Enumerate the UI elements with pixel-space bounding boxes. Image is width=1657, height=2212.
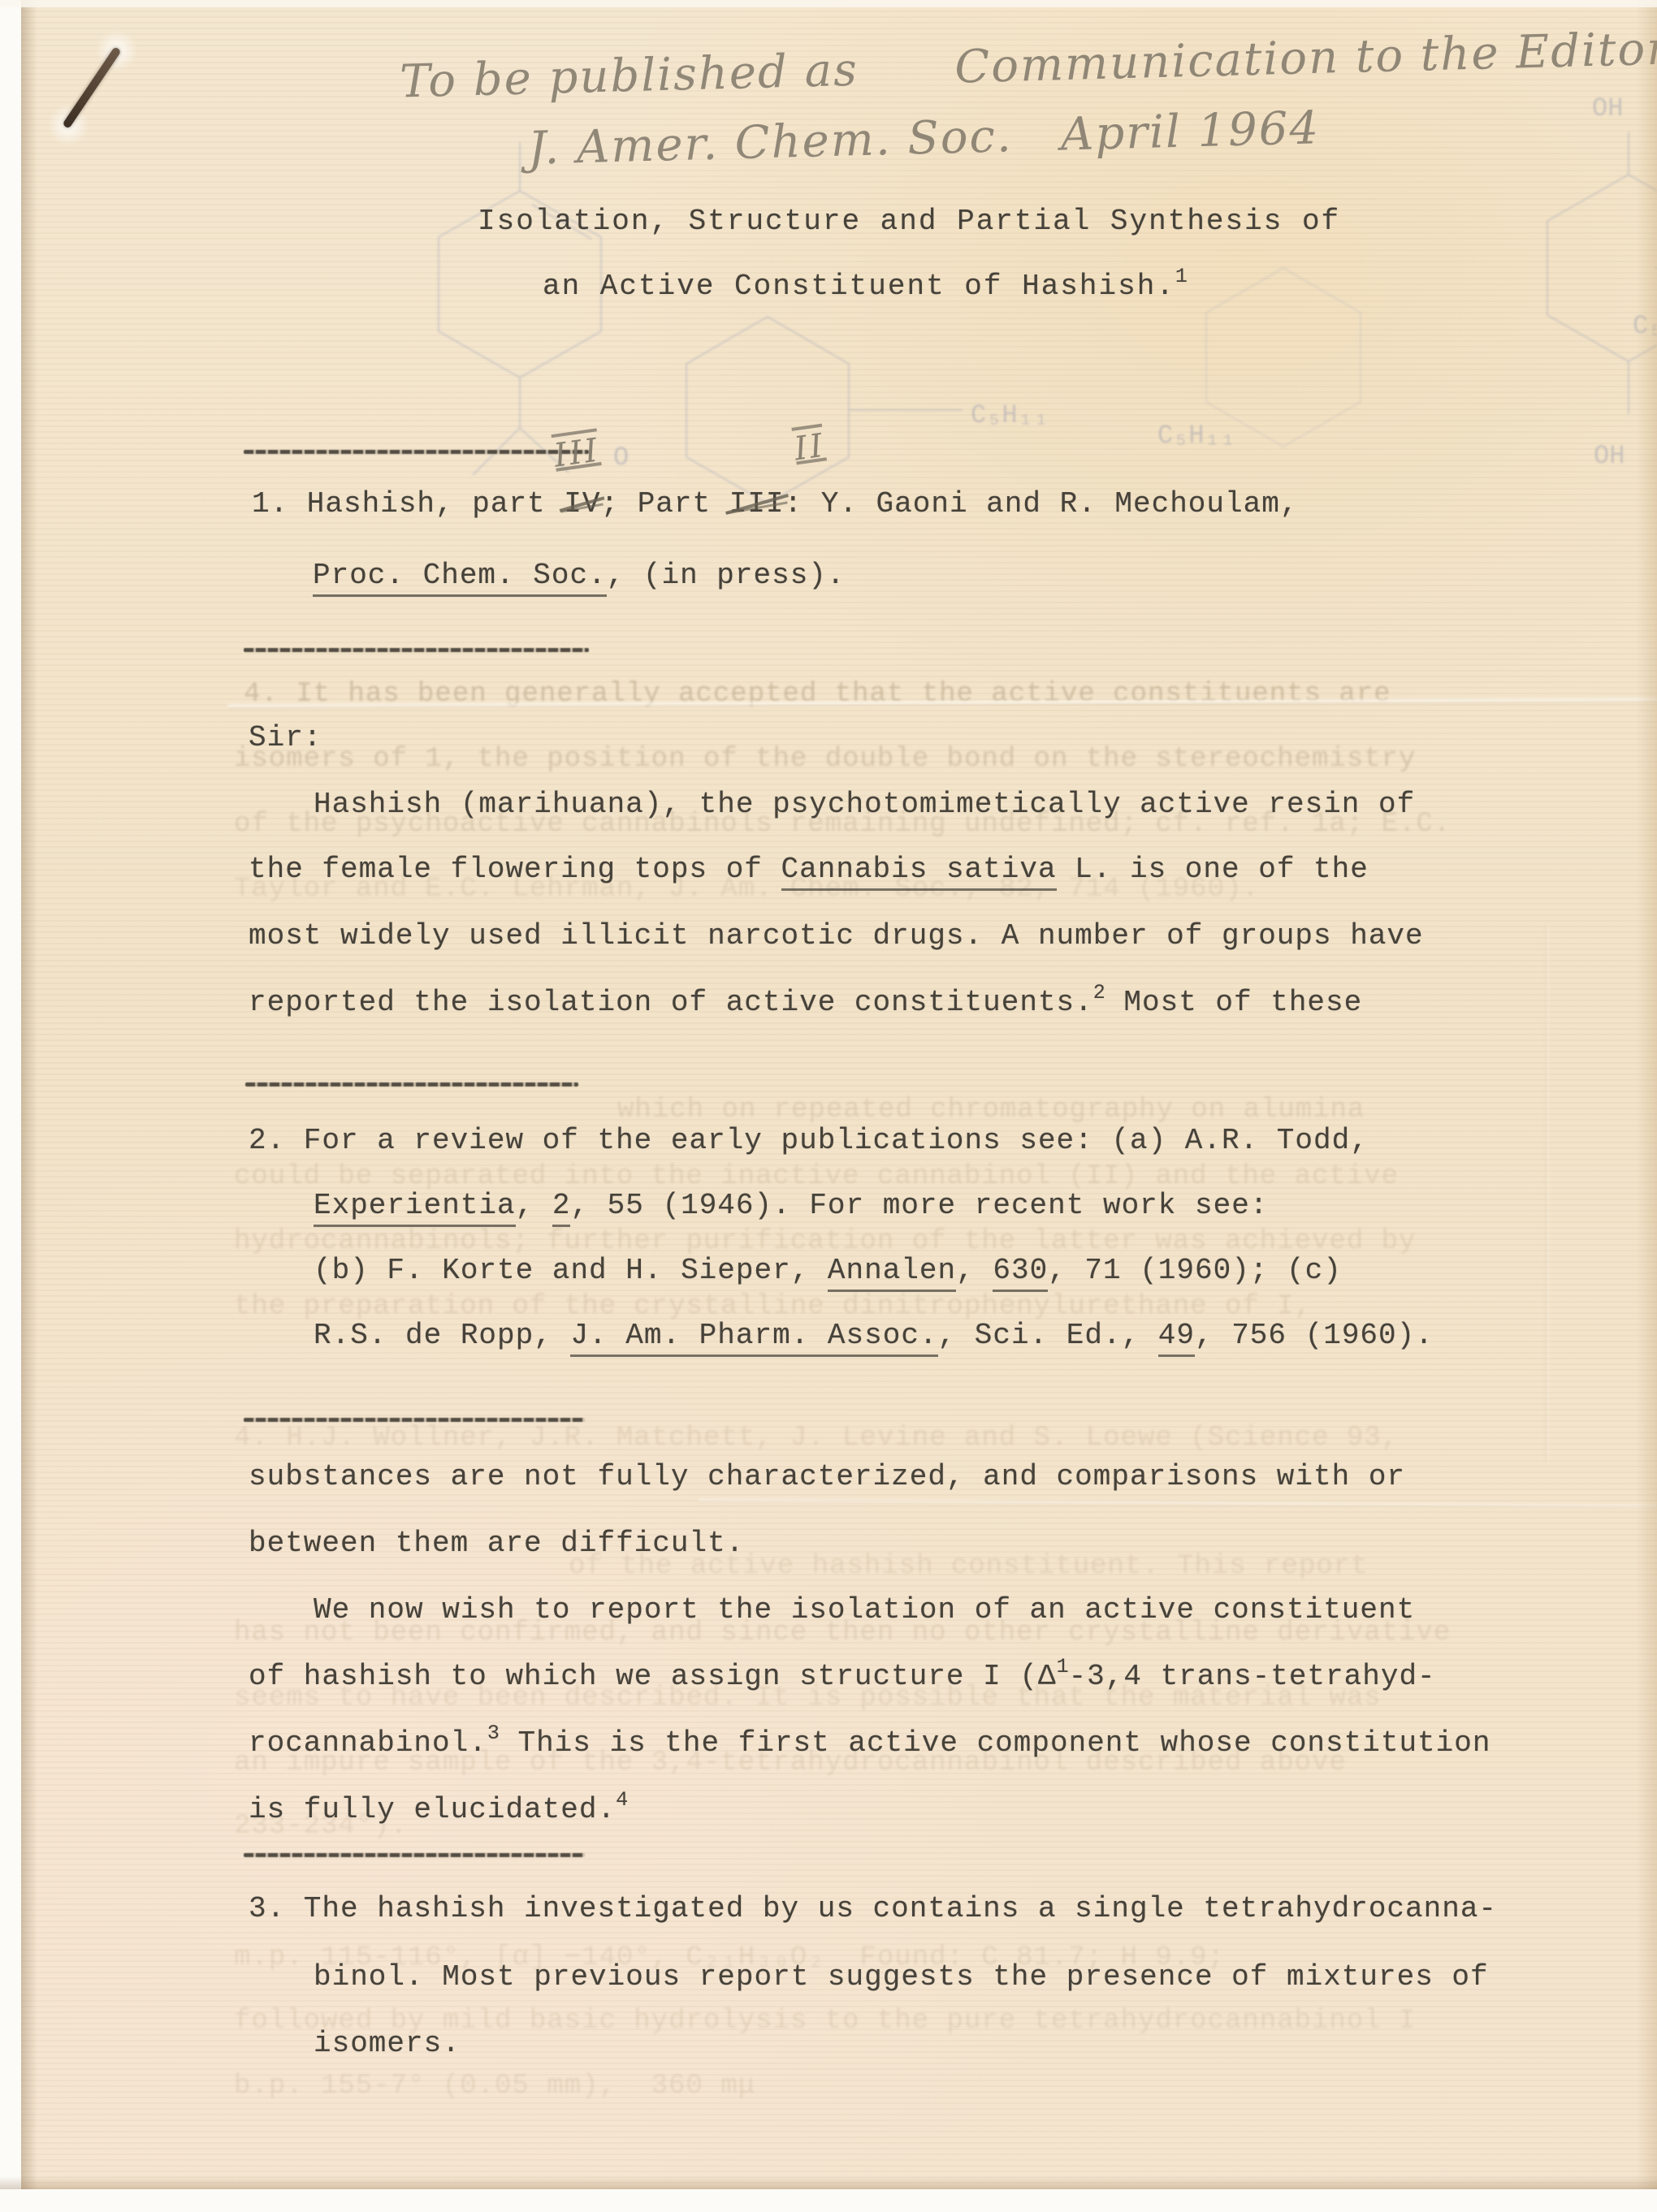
underlined-volume: 630 — [993, 1254, 1048, 1292]
scanned-manuscript-page: O C₅H₁₁ C₅H₁₁ OH OH C₅H₁₁ 4. It has been… — [0, 0, 1657, 2212]
text-segment: R.S. de Ropp, — [314, 1319, 570, 1352]
text-segment: , 55 (1946). For more recent work see: — [570, 1189, 1268, 1222]
footnote-reference: 4 — [616, 1788, 628, 1812]
text-segment: rocannabinol. — [249, 1726, 487, 1760]
ghost-text-line: which on repeated chromatography on alum… — [617, 1095, 1365, 1125]
underlined-journal: Experientia — [314, 1189, 516, 1227]
body-line: reported the isolation of active constit… — [249, 986, 1362, 1019]
text-segment: the female flowering tops of — [249, 853, 781, 886]
body-line: rocannabinol.3 This is the first active … — [249, 1726, 1490, 1760]
body-line: We now wish to report the isolation of a… — [314, 1593, 1415, 1627]
footnote-reference: 1 — [1175, 265, 1188, 288]
scanner-margin-bottom — [0, 2189, 1657, 2212]
text-segment: This is the first active component whose… — [500, 1726, 1491, 1760]
underlined-volume: 49 — [1158, 1319, 1195, 1357]
footnote-separator — [244, 648, 589, 652]
body-line: of hashish to which we assign structure … — [249, 1660, 1436, 1693]
underlined-journal: J. Am. Pharm. Assoc. — [570, 1319, 937, 1357]
ghost-text-line: the preparation of the crystalline dinit… — [234, 1291, 1312, 1322]
handwritten-correction: II — [792, 427, 828, 469]
text-segment: is fully elucidated. — [249, 1793, 616, 1826]
bleedthrough-oh-bottom: OH — [1594, 441, 1625, 471]
text-segment: : Y. Gaoni and R. Mechoulam, — [785, 487, 1299, 521]
underlined-journal: Proc. Chem. Soc. — [313, 559, 607, 597]
ghost-text-line: hydrocannabinols; further purification o… — [234, 1226, 1416, 1257]
text-segment: -3,4 trans-tetrahyd- — [1069, 1660, 1436, 1693]
paper-right-edge — [1636, 0, 1657, 2212]
bleedthrough-o-label: O — [613, 443, 629, 473]
ghost-text-line: 4. H.J. Wollner, J.R. Matchett, J. Levin… — [234, 1423, 1399, 1454]
footnote3-line3: isomers. — [314, 2027, 461, 2060]
footnote-reference: 3 — [487, 1722, 500, 1745]
struck-text: IV — [564, 487, 600, 521]
body-line: substances are not fully characterized, … — [249, 1460, 1405, 1493]
text-segment: reported the isolation of active constit… — [249, 986, 1093, 1019]
footnote2-line1: 2. For a review of the early publication… — [249, 1124, 1369, 1157]
text-segment: , 756 (1960). — [1195, 1319, 1434, 1352]
text-segment: of hashish to which we assign structure … — [249, 1660, 1057, 1693]
ghost-text-line: isomers of 1, the position of the double… — [234, 744, 1416, 775]
text-segment: ; Part — [600, 487, 729, 521]
paper-crease-vertical — [1545, 926, 1549, 1462]
struck-text: III — [729, 487, 785, 521]
handwritten-correction: III — [552, 431, 602, 474]
footnote-separator — [244, 1853, 585, 1857]
body-line: the female flowering tops of Cannabis sa… — [249, 853, 1369, 886]
footnote-reference: 2 — [1093, 981, 1105, 1004]
text-segment: Most of these — [1105, 986, 1362, 1019]
document-title-line2: an Active Constituent of Hashish.1 — [543, 270, 1188, 303]
footnote2-line2: Experientia, 2, 55 (1946). For more rece… — [314, 1189, 1268, 1222]
bleedthrough-oh-top: OH — [1592, 93, 1623, 123]
footnote1-line1: 1. Hashish, part IV; Part III: Y. Gaoni … — [252, 487, 1298, 521]
text-segment: , 71 (1960); (c) — [1048, 1254, 1342, 1287]
underlined-species: Cannabis sativa — [781, 853, 1057, 891]
body-line: most widely used illicit narcotic drugs.… — [249, 919, 1424, 953]
text-segment: 1. Hashish, part — [252, 487, 564, 521]
paper-left-edge-shadow — [21, 0, 37, 2212]
body-line: is fully elucidated.4 — [249, 1793, 628, 1826]
text-segment: , — [956, 1254, 993, 1287]
body-line: Hashish (marihuana), the psychotomimetic… — [314, 788, 1415, 821]
footnote3-line1: 3. The hashish investigated by us contai… — [249, 1892, 1497, 1925]
ghost-text-line: b.p. 155-7° (0.05 mm), 360 mμ — [234, 2071, 755, 2102]
ghost-text-line: could be separated into the inactive can… — [234, 1161, 1399, 1192]
footnote3-line2: binol. Most previous report suggests the… — [314, 1960, 1489, 1994]
footnote-separator — [245, 1082, 578, 1087]
text-segment: , (in press). — [607, 559, 846, 592]
salutation: Sir: — [249, 721, 322, 754]
title-text: an Active Constituent of Hashish. — [543, 270, 1175, 303]
text-segment: , Sci. Ed., — [938, 1319, 1158, 1352]
text-segment: L. is one of the — [1057, 853, 1369, 886]
title-text: Isolation, Structure and Partial Synthes… — [478, 205, 1340, 238]
scanner-margin-top — [0, 0, 1657, 7]
paper-bottom-edge-shadow — [0, 2176, 1657, 2189]
underlined-volume: 2 — [552, 1189, 571, 1227]
underlined-journal: Annalen — [828, 1254, 956, 1292]
footnote-separator — [244, 450, 589, 454]
text-segment: , — [516, 1189, 552, 1222]
bleedthrough-c5h11-mid: C₅H₁₁ — [1157, 421, 1235, 451]
document-title-line1: Isolation, Structure and Partial Synthes… — [478, 205, 1340, 238]
paper-crease-horizontal — [699, 1497, 1657, 1508]
footnote2-line3: (b) F. Korte and H. Sieper, Annalen, 630… — [314, 1254, 1342, 1287]
delta-superscript: 1 — [1057, 1655, 1069, 1678]
footnote2-line4: R.S. de Ropp, J. Am. Pharm. Assoc., Sci.… — [314, 1319, 1434, 1352]
bleedthrough-c5h11-left: C₅H₁₁ — [971, 400, 1049, 430]
body-line: between them are difficult. — [249, 1527, 744, 1560]
footnote-separator — [244, 1418, 585, 1422]
scanner-margin-left — [0, 0, 21, 2212]
text-segment: (b) F. Korte and H. Sieper, — [314, 1254, 828, 1287]
footnote1-line2: Proc. Chem. Soc., (in press). — [313, 559, 846, 592]
